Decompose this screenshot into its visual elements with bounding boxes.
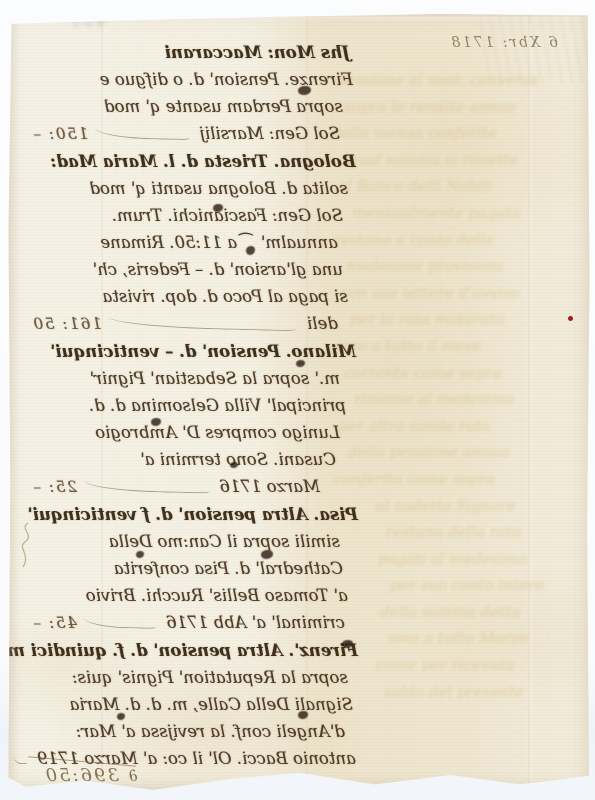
ghost-line: per suo conto intero [330,572,570,599]
manuscript-line: Lunigo compres D' Ambrogio [32,419,358,446]
ghost-line: sino a tutto Marzo [330,625,570,652]
manuscript-text-block: Jhs Mon: Maccarani Firenze. Pension' d. … [32,39,358,773]
line-text: Firenze. Pension' d. o difguo e [100,66,353,93]
manuscript-line: d'Angeli conf. la revijssa a' Mar: [32,718,358,745]
line-text: Lunigo compres D' Ambrogio [95,419,340,446]
line-text: Signali Della Calle, m. d. d. Maria [70,691,353,718]
ghost-line: mensualmente pagata [330,200,570,227]
line-text: Bologna. Triesta d. l. Maria Mad: [50,148,356,175]
flourish-rule [94,128,190,140]
line-text: Firenz'. Altra pension' d. f. quindici m… [2,637,358,664]
line-text: una gl'arsion' d. – Federis, ch' [93,256,343,283]
total-amount: 396:50 [44,765,119,786]
ghost-line: della pensione annua [330,439,570,466]
line-text: Jhs Mon: Maccarani [165,39,350,66]
manuscript-line: Sol Gen: Fascianichi. Trum. [32,202,358,229]
line-text: m.' sopra la Sebastian' Pignir' [90,365,340,392]
ghost-line: per la rata maturata [330,306,570,333]
manuscript-line: Jhs Mon: Maccarani [32,39,358,66]
ghost-line: restano della rata [330,519,570,546]
line-text: Sol Gen: Fascianichi. Trum. [112,202,343,229]
manuscript-line: m.' sopra la Sebastian' Pignir' [32,365,358,392]
red-ink-dot [568,316,573,321]
ghost-line: per altra simile rata [330,413,570,440]
manuscript-page: 405 6 Xbr: 1718 pensione al med: convers… [8,13,590,793]
flourish-rule [108,317,297,332]
ghost-line: pagati al medesimo [330,546,570,573]
stamp-smudge: 405 [30,6,107,31]
line-text: solita d. Bologna usanti q' mod [90,175,348,202]
ghost-line: corrente come sopra [330,360,570,387]
manuscript-line: deli 161: 50 [32,310,358,338]
manuscript-line: Bologna. Triesta d. l. Maria Mad: [32,148,358,175]
manuscript-line: si paga al Poco d. dop. rivista [32,283,358,310]
ghost-line: con sue lettere d'avviso [330,280,570,307]
currency-mark: ∂ [127,765,138,786]
line-text: d'Angeli conf. la revijssa a' Mar: [76,718,345,745]
line-amount: 15: – [0,746,7,773]
line-text: annualm' ⁀ a 11:50. Rimane [101,229,338,256]
line-text: a' Tomaso Bellis' Rucchi. Brivio [86,582,348,609]
line-text: simili sopra il Can:mo Della [109,528,340,555]
line-text: Cathedral' d. Pisa conferita [114,555,343,582]
ghost-line: qual somma si rimette [330,147,570,174]
line-text: criminal' a' Abb 1716 [166,609,345,636]
manuscript-line: Cusani. Sono termini a' [32,446,358,473]
manuscript-line: criminal' a' Abb 1716 45: – [32,609,358,637]
ghost-line: conferita come sopra [330,466,570,493]
line-text: Cusani. Sono termini a' [140,446,336,473]
manuscript-line: una gl'arsion' d. – Federis, ch' [32,256,358,283]
manuscript-line: annualm' ⁀ a 11:50. Rimane [32,229,358,256]
line-text: principal' Villa Gelsomina d. d. [89,392,346,419]
manuscript-line: sopra Perdam usante q' mod [32,93,358,120]
manuscript-line: principal' Villa Gelsomina d. d. [32,392,358,419]
line-amount: 150: – [32,121,88,148]
ghost-line: rimesse al medesimo [330,386,570,413]
line-amount: 161: 50 [32,311,102,338]
manuscript-line: Cathedral' d. Pisa conferita [32,555,358,582]
manuscript-line: Milano. Pension' d. – venticinqui' [32,338,358,365]
date-inscription: 6 Xbr: 1718 [438,35,558,51]
ghost-line: sino a tutto il mese [330,333,570,360]
ghost-line: restano a conto delle [330,227,570,254]
ghost-line: sopra le rendite annue [330,94,570,121]
line-text: Sol Gen: Marsilij [200,120,340,147]
manuscript-line: Firenz'. Altra pension' d. f. quindici m… [32,637,358,664]
ghost-line: saldo del presente [330,679,570,706]
ghost-line: al sudetto Signore [330,493,570,520]
ghost-bleedthrough-block: pensione al med: conversa sopra le rendi… [330,67,570,705]
manuscript-line: simili sopra il Can:mo Della [32,528,358,555]
ghost-line: al Banco delli Nobili [330,173,570,200]
flourish-rule [83,480,210,493]
line-text: Pisa. Altra pension' d. f venticinqui' [28,501,358,528]
manuscript-line: sopra la Reputation' Pignis' quis: [32,664,358,691]
manuscript-line: Signali Della Calle, m. d. d. Maria [32,691,358,718]
line-text: Marzo 1716 [220,473,320,500]
line-amount: 25: – [32,474,77,501]
manuscript-line: Marzo 1716 25: – [32,473,358,501]
scan-background: { "document": { "kind": "manuscript acco… [0,0,595,800]
ghost-line: medesime provisioni [330,253,570,280]
manuscript-line: a' Tomaso Bellis' Rucchi. Brivio [32,582,358,609]
total-block: ∂ 396:50 [22,761,138,786]
line-text: si paga al Poco d. dop. rivista [103,283,348,310]
ghost-line: della mensa conferite [330,120,570,147]
manuscript-line: Sol Gen: Marsilij 150: – [32,120,358,148]
line-text: deli [307,310,338,337]
ghost-line: pensione al med: conversa [330,67,570,94]
manuscript-line: Pisa. Altra pension' d. f venticinqui' [32,501,358,528]
line-text: Milano. Pension' d. – venticinqui' [50,338,356,365]
line-text: sopra Perdam usante q' mod [104,93,343,120]
flourish-rule [83,617,156,629]
margin-squiggle-icon [16,521,38,569]
manuscript-line: solita d. Bologna usanti q' mod [32,175,358,202]
ghost-line: come per ricevuta [330,652,570,679]
line-amount: 45: – [32,610,77,637]
line-text: sopra la Reputation' Pignis' quis: [72,664,348,691]
ghost-line: della somma detta [330,599,570,626]
